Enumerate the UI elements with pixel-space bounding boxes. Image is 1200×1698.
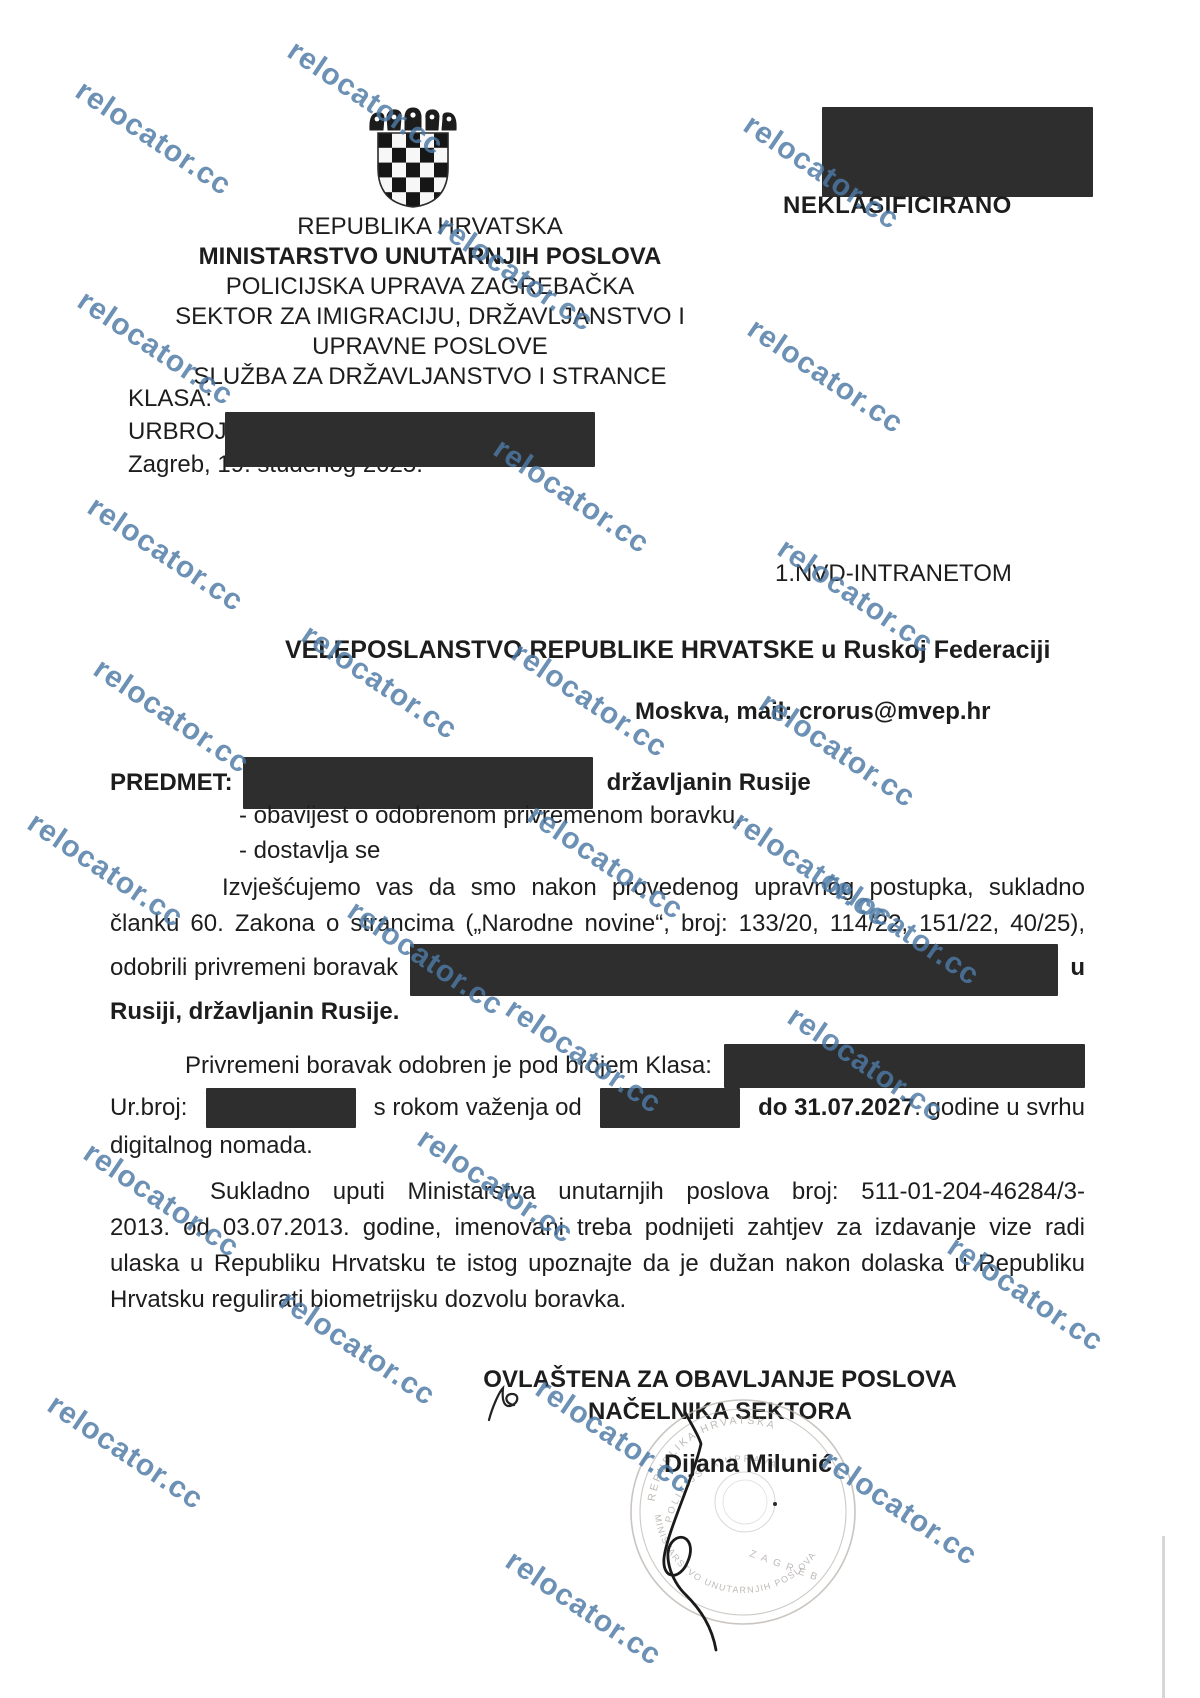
- redaction-box-person-details: [410, 944, 1058, 996]
- recipient-address: Moskva, mail: crorus@mvep.hr: [635, 698, 991, 726]
- body-line: Hrvatsku regulirati biometrijsku dozvolu…: [110, 1282, 1085, 1318]
- classification-label: NEKLASIFICIRANO: [783, 192, 1012, 220]
- body-text: . godine u svrhu: [914, 1094, 1085, 1121]
- watermark-text: relocator.cc: [81, 490, 250, 619]
- paragraph-3: Sukladno uputi Ministarstva unutarnjih p…: [110, 1174, 1085, 1318]
- recipient-embassy: VELEPOSLANSTVO REPUBLIKE HRVATSKE u Rusk…: [285, 636, 1050, 665]
- scan-edge-artifact: [1162, 1536, 1165, 1698]
- body-line: 2013. od 03.07.2013. godine, imenovani t…: [110, 1210, 1085, 1246]
- redaction-box-start-date: [600, 1088, 740, 1128]
- body-text: odobrili privremeni boravak: [110, 950, 398, 986]
- body-text: s rokom važenja od: [374, 1090, 582, 1126]
- body-line: Izvješćujemo vas da smo nakon provedenog…: [110, 870, 1085, 906]
- watermark-text: relocator.cc: [741, 312, 910, 441]
- body-line-redacted: Privremeni boravak odobren je pod brojem…: [110, 1044, 1085, 1088]
- body-line-redacted: Ur.broj: s rokom važenja od do 31.07.202…: [110, 1088, 1085, 1128]
- stamp-ink-dot: [773, 1502, 777, 1506]
- letterhead-ministry: MINISTARSTVO UNUTARNJIH POSLOVA: [130, 242, 730, 272]
- delivery-method: 1.NVD-INTRANETOM: [775, 560, 1012, 588]
- klasa-label: KLASA:: [128, 382, 423, 415]
- body-line: Rusiji, državljanin Rusije.: [110, 994, 1085, 1030]
- subject-label: PREDMET:: [110, 769, 233, 797]
- redaction-box-classification: [822, 107, 1093, 197]
- subject-item-2: - dostavlja se: [239, 837, 380, 865]
- redaction-box-klasa-number: [724, 1044, 1085, 1088]
- body-text: Privremeni boravak odobren je pod brojem…: [110, 1048, 712, 1084]
- subject-citizenship: državljanin Rusije: [607, 769, 811, 797]
- redaction-box-urbroj-number: [206, 1088, 356, 1128]
- body-line: digitalnog nomada.: [110, 1128, 1085, 1164]
- paragraph-1: Izvješćujemo vas da smo nakon provedenog…: [110, 870, 1085, 1030]
- letter-body: Izvješćujemo vas da smo nakon provedenog…: [110, 870, 1085, 1318]
- watermark-text: relocator.cc: [69, 74, 238, 203]
- body-text: Ur.broj:: [110, 1090, 187, 1126]
- expiry-date: do 31.07.2027: [758, 1094, 914, 1121]
- letterhead-sector-line2: UPRAVNE POSLOVE: [130, 332, 730, 362]
- letterhead-department: POLICIJSKA UPRAVA ZAGREBAČKA: [130, 272, 730, 302]
- body-line: članku 60. Zakona o strancima („Narodne …: [110, 906, 1085, 942]
- handwritten-mark: [483, 1380, 533, 1425]
- letterhead-sector-line1: SEKTOR ZA IMIGRACIJU, DRŽAVLJANSTVO I: [130, 302, 730, 332]
- body-text: u: [1070, 950, 1085, 986]
- redaction-box-reference-numbers: [225, 412, 595, 467]
- body-line-redacted: odobrili privremeni boravak u: [110, 942, 1085, 994]
- official-stamp: REPUBLIKA HRVATSKA MINISTARSTVO UNUTARNJ…: [613, 1384, 879, 1684]
- body-line: Sukladno uputi Ministarstva unutarnjih p…: [110, 1174, 1085, 1210]
- body-line: ulaska u Republiku Hrvatsku te istog upo…: [110, 1246, 1085, 1282]
- subject-item-1: - obavijest o odobrenom privremenom bora…: [239, 802, 742, 830]
- letterhead-country: REPUBLIKA HRVATSKA: [130, 212, 730, 242]
- watermark-text: relocator.cc: [41, 1388, 210, 1517]
- scanned-letter-page: REPUBLIKA HRVATSKA MINISTARSTVO UNUTARNJ…: [0, 0, 1200, 1698]
- croatian-coat-of-arms-icon: [368, 104, 458, 208]
- signer-name: Dijana Milunić: [608, 1450, 888, 1479]
- letterhead: REPUBLIKA HRVATSKA MINISTARSTVO UNUTARNJ…: [130, 212, 730, 392]
- body-text: do 31.07.2027. godine u svrhu: [758, 1090, 1085, 1126]
- paragraph-2: Privremeni boravak odobren je pod brojem…: [110, 1044, 1085, 1164]
